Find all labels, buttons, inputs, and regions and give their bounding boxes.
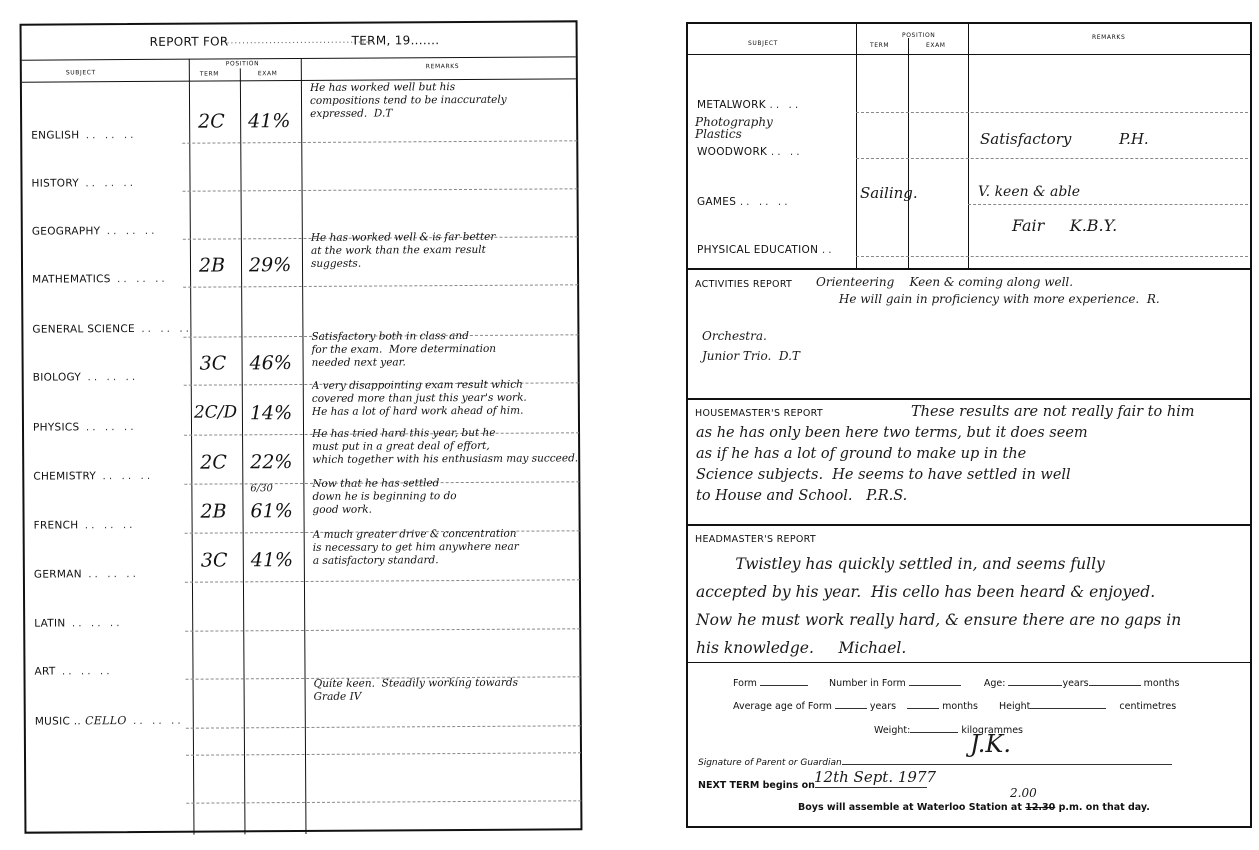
remarks-biology: Satisfactory both in class and for the e… — [311, 329, 581, 370]
housemaster-remarks: HOUSEMASTER'S REPORT These results are n… — [696, 402, 1195, 507]
remarks-chemistry: He has tried hard this year, but he must… — [312, 426, 582, 467]
games-term-value: Sailing. — [860, 184, 918, 202]
signature-row: Signature of Parent or Guardian — [698, 758, 1172, 768]
header-term: TERM — [200, 70, 219, 77]
parent-signature: J.K. — [970, 730, 1011, 758]
music-instrument: Cello — [85, 714, 127, 727]
subject-general-science: GENERAL SCIENCE .. .. .. — [32, 323, 192, 336]
exam-result-value: 41% — [251, 549, 293, 571]
woodwork-remarks: Satisfactory P.H. — [980, 130, 1149, 148]
col-rule-term — [189, 59, 195, 835]
row-divider — [182, 140, 577, 143]
subject-music: MUSIC ..Cello .. .. .. — [35, 714, 184, 728]
subject-latin: LATIN .. .. .. — [34, 617, 122, 630]
games-remarks: V. keen & able — [978, 184, 1080, 200]
report-page-right: SUBJECT POSITION TERM EXAM REMARKS METAL… — [686, 22, 1252, 828]
row-divider — [183, 284, 578, 287]
activities-label: ACTIVITIES REPORT — [695, 279, 792, 290]
header-divider — [688, 54, 1250, 55]
next-term-date: 12th Sept. 1977 — [814, 768, 936, 786]
subject-english: ENGLISH .. .. .. — [31, 129, 136, 142]
header-position: POSITION — [902, 32, 935, 39]
row-divider — [856, 112, 1248, 113]
subject-physics: PHYSICS .. .. .. — [33, 421, 137, 434]
col-rule-exam — [240, 68, 246, 834]
exam-result-value: 22% — [250, 451, 292, 473]
assembly-time-correction: 2.00 — [1010, 786, 1037, 800]
next-term-field[interactable] — [815, 787, 927, 788]
exam-result-value: 29% — [249, 254, 291, 276]
header-remarks: REMARKS — [426, 63, 459, 70]
remarks-english: He has worked well but his compositions … — [310, 80, 580, 121]
col-rule-remarks — [301, 58, 307, 834]
remarks-german: A much greater drive & concentration is … — [313, 527, 583, 568]
col-rule-term — [856, 24, 857, 268]
col-rule-remarks — [968, 24, 969, 268]
term-position-value: 2B — [199, 254, 225, 276]
activities-remarks-2: Orchestra. Junior Trio. D.T — [702, 326, 800, 366]
pe-remarks: Fair K.B.Y. — [1012, 216, 1117, 235]
woodwork-handwritten-subjects: Photography Plastics — [695, 116, 773, 140]
term-position-value: 2C/D — [194, 402, 237, 422]
term-position-value: 2B — [200, 500, 226, 522]
subject-art: ART .. .. .. — [34, 665, 112, 677]
form-blank[interactable] — [760, 685, 808, 686]
term-position-value: 2C — [200, 451, 227, 473]
report-for-label: REPORT for — [150, 34, 229, 48]
header-exam: EXAM — [258, 70, 278, 77]
row-divider — [856, 256, 1248, 257]
header-subject: SUBJECT — [66, 69, 96, 76]
remarks-physics: A very disappointing exam result which c… — [312, 378, 582, 419]
term-label: TERM, 19....... — [352, 33, 440, 48]
subject-metalwork: METALWORK .. .. — [697, 99, 801, 111]
term-position-value: 3C — [200, 352, 227, 374]
form-fields-row-2: Average age of Form years months Height … — [733, 701, 1176, 712]
remarks-french: Now that he has settled down he is begin… — [312, 476, 582, 517]
number-in-form-blank[interactable] — [909, 685, 961, 686]
headmaster-remarks: Twistley has quickly settled in, and see… — [696, 550, 1181, 662]
header-term: TERM — [870, 42, 889, 49]
exam-note: 6/30 — [250, 483, 273, 494]
subject-german: GERMAN .. .. .. — [34, 568, 139, 581]
activities-section-rule — [688, 268, 1250, 270]
struck-time: 12.30 — [1025, 802, 1055, 813]
avg-years-blank[interactable] — [835, 708, 867, 709]
exam-result-value: 46% — [250, 352, 292, 374]
term-position-value: 3C — [201, 549, 228, 571]
col-rule-exam — [908, 38, 909, 268]
row-divider — [186, 752, 581, 755]
row-divider — [183, 188, 578, 191]
row-divider — [185, 628, 580, 631]
headmaster-section-rule — [688, 524, 1250, 526]
weight-blank[interactable] — [910, 732, 958, 733]
header-position: POSITION — [226, 60, 259, 67]
header-exam: EXAM — [926, 42, 946, 49]
subject-geography: GEOGRAPHY .. .. .. — [32, 225, 158, 238]
headmaster-bottom-rule — [688, 662, 1250, 663]
remarks-music: Quite keen. Steadily working towards Gra… — [314, 676, 584, 704]
remarks-mathematics: He has worked well & is far better at th… — [311, 230, 581, 271]
row-divider — [968, 204, 1248, 205]
avg-months-blank[interactable] — [907, 708, 939, 709]
exam-result-value: 14% — [250, 402, 292, 424]
exam-result-value: 61% — [250, 500, 292, 522]
term-position-value: 2C — [198, 110, 225, 132]
row-divider — [186, 725, 581, 728]
subject-physical-education: PHYSICAL EDUCATION .. — [697, 244, 835, 256]
age-years-blank[interactable] — [1008, 685, 1062, 686]
form-fields-row-1: Form Number in Form Age: years months — [733, 678, 1179, 689]
subject-games: GAMES .. .. .. — [697, 196, 791, 208]
assembly-notice: Boys will assemble at Waterloo Station a… — [798, 802, 1150, 813]
title-divider — [22, 56, 576, 60]
subject-mathematics: MATHEMATICS .. .. .. — [32, 273, 168, 286]
report-title: REPORT for .............................… — [22, 32, 576, 35]
subject-chemistry: CHEMISTRY .. .. .. — [33, 470, 153, 483]
report-page-left: REPORT for .............................… — [20, 20, 583, 833]
subject-woodwork: WOODWORK .. .. — [697, 146, 803, 158]
exam-result-value: 41% — [248, 110, 290, 132]
row-divider — [186, 800, 581, 803]
row-divider — [856, 158, 1248, 159]
row-divider — [185, 579, 580, 582]
activities-remarks: Orienteering Keen & coming along well. H… — [816, 274, 1160, 308]
housemaster-section-rule — [688, 398, 1250, 400]
header-remarks: REMARKS — [1092, 34, 1125, 41]
age-months-blank[interactable] — [1089, 685, 1141, 686]
subject-biology: BIOLOGY .. .. .. — [33, 371, 139, 384]
header-subject: SUBJECT — [748, 40, 778, 47]
height-blank[interactable] — [1030, 708, 1106, 709]
subject-french: FRENCH .. .. .. — [34, 519, 136, 532]
signature-field[interactable] — [842, 764, 1172, 765]
subject-history: HISTORY .. .. .. — [31, 177, 136, 190]
headmaster-label: HEADMASTER'S REPORT — [695, 534, 816, 545]
